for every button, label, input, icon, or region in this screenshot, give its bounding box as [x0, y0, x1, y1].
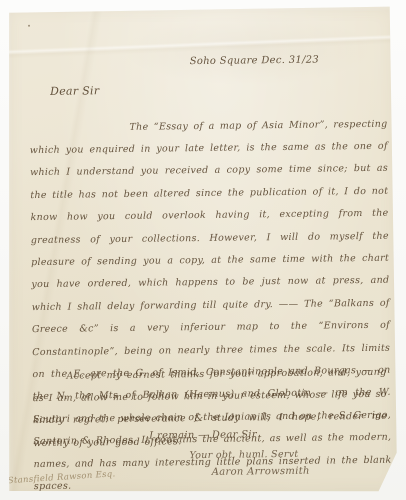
- letter-salutation: Dear Sir: [50, 84, 100, 98]
- letter-closing-line: I remain — Dear Sir: [149, 429, 257, 441]
- letter-dateline: Soho Square Dec. 31/23: [190, 55, 319, 68]
- letter-closing-valediction: Your obt. huml. Servt: [189, 449, 298, 461]
- signature: Aaron Arrowsmith: [212, 466, 310, 478]
- letter-content: Soho Square Dec. 31/23 Dear Sir The “Ess…: [4, 4, 400, 498]
- photo-background: Soho Square Dec. 31/23 Dear Sir The “Ess…: [0, 0, 406, 500]
- letter-sheet: Soho Square Dec. 31/23 Dear Sir The “Ess…: [6, 5, 398, 496]
- letter-paragraph-2: Accept my earnest thanks for your approb…: [32, 361, 387, 455]
